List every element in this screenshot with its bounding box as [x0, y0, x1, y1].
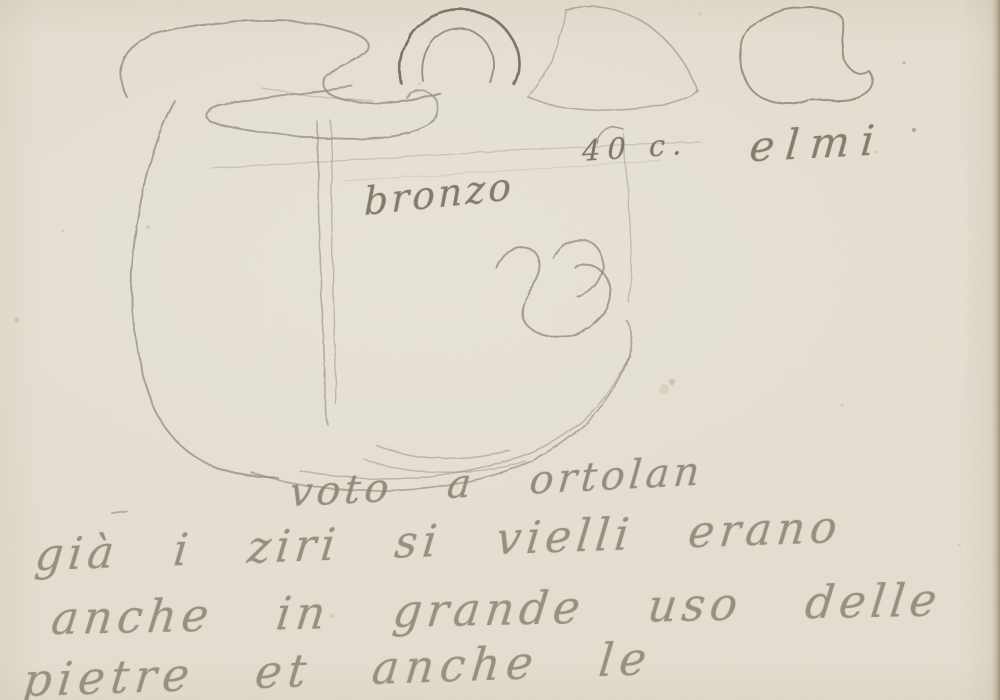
vessel-left-flank — [132, 101, 278, 478]
page-edge — [991, 0, 1000, 700]
helmet-sketch — [740, 8, 873, 104]
vessel-handle-arch — [400, 9, 519, 84]
sketchbook-page: bronzo 40 c. elmi voto a ortolan già i z… — [0, 0, 1000, 700]
annotation-helmets: elmi — [748, 115, 888, 171]
vessel-top-outline — [120, 7, 697, 139]
vessel-horseshoe-handle — [497, 239, 610, 337]
